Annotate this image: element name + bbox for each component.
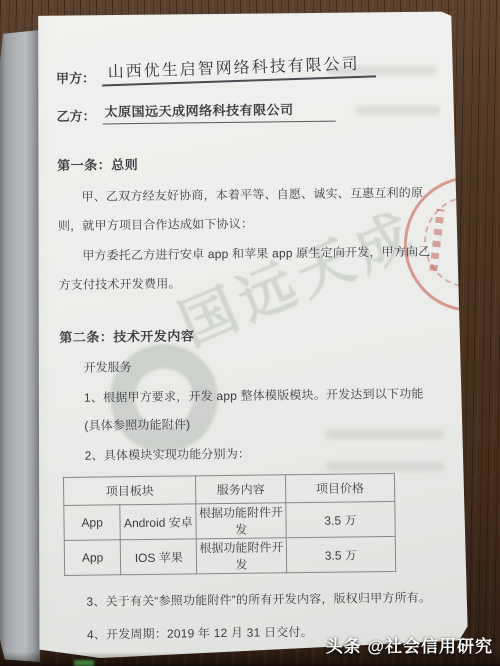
party-b-name: 太原国远天成网络科技有限公司 — [102, 99, 335, 125]
section1-paragraph-1: 甲、乙双方经友好协商，本着平等、自愿、诚实、互惠互利的原则，就甲方项目合作达成如… — [57, 178, 432, 241]
table-header-price: 项目价格 — [285, 473, 395, 502]
table-cell-platform: Android 安卓 — [120, 504, 197, 540]
party-b-label: 乙方： — [56, 106, 95, 125]
table-row: App IOS 苹果 根据功能附件开发 3.5 万 — [64, 536, 395, 575]
table-cell-type: App — [64, 540, 121, 576]
section2-item-2: 2、具体模块实现功能分别为： — [61, 437, 435, 470]
photo-credit-watermark: 头条 @社会信用研究 — [326, 632, 493, 657]
table-header-module: 项目板块 — [63, 476, 196, 506]
table-cell-type: App — [64, 505, 121, 541]
table-cell-price: 3.5 万 — [286, 501, 396, 537]
section2-item-1: 1、根据甲方要求，开发 app 整体模版模块。开发达到以下功能(具体参照功能附件… — [60, 379, 435, 440]
module-price-table: 项目板块 服务内容 项目价格 App Android 安卓 根据功能附件开发 3… — [63, 473, 396, 576]
section1-paragraph-2: 甲方委托乙方进行安卓 app 和苹果 app 原生定向开发，甲方向乙方支付技术开… — [58, 237, 433, 300]
table-cell-service: 根据功能附件开发 — [197, 538, 287, 574]
document-photo: 国远天成 甲方： 山西优生启智网络科技有限公司 乙方： 太原国远天成网络科技有限… — [0, 0, 500, 666]
party-a-label: 甲方： — [56, 68, 95, 87]
section1-heading: 第一条：总则 — [57, 150, 431, 174]
party-a-name-handwritten: 山西优生启智网络科技有限公司 — [101, 50, 376, 86]
table-cell-service: 根据功能附件开发 — [196, 503, 286, 539]
party-b-row: 乙方： 太原国远天成网络科技有限公司 — [56, 97, 430, 125]
section2-heading: 第二条：技术开发内容 — [59, 322, 433, 346]
section2-item-3: 3、关于有关“参照功能附件”的所有开发内容，版权归甲方所有。 — [62, 583, 436, 616]
table-header-row: 项目板块 服务内容 项目价格 — [63, 473, 394, 505]
contract-body: 甲方： 山西优生启智网络科技有限公司 乙方： 太原国远天成网络科技有限公司 第一… — [27, 5, 475, 660]
table-header-service: 服务内容 — [196, 475, 286, 504]
section2-subheading: 开发服务 — [59, 350, 433, 381]
table-cell-platform: IOS 苹果 — [121, 539, 198, 575]
table-cell-price: 3.5 万 — [286, 536, 396, 572]
party-a-row: 甲方： 山西优生启智网络科技有限公司 — [56, 55, 430, 87]
green-object-edge — [74, 660, 94, 666]
page-stack-edge — [0, 30, 40, 662]
contract-page: 国远天成 甲方： 山西优生启智网络科技有限公司 乙方： 太原国远天成网络科技有限… — [28, 10, 468, 660]
table-row: App Android 安卓 根据功能附件开发 3.5 万 — [64, 501, 395, 540]
